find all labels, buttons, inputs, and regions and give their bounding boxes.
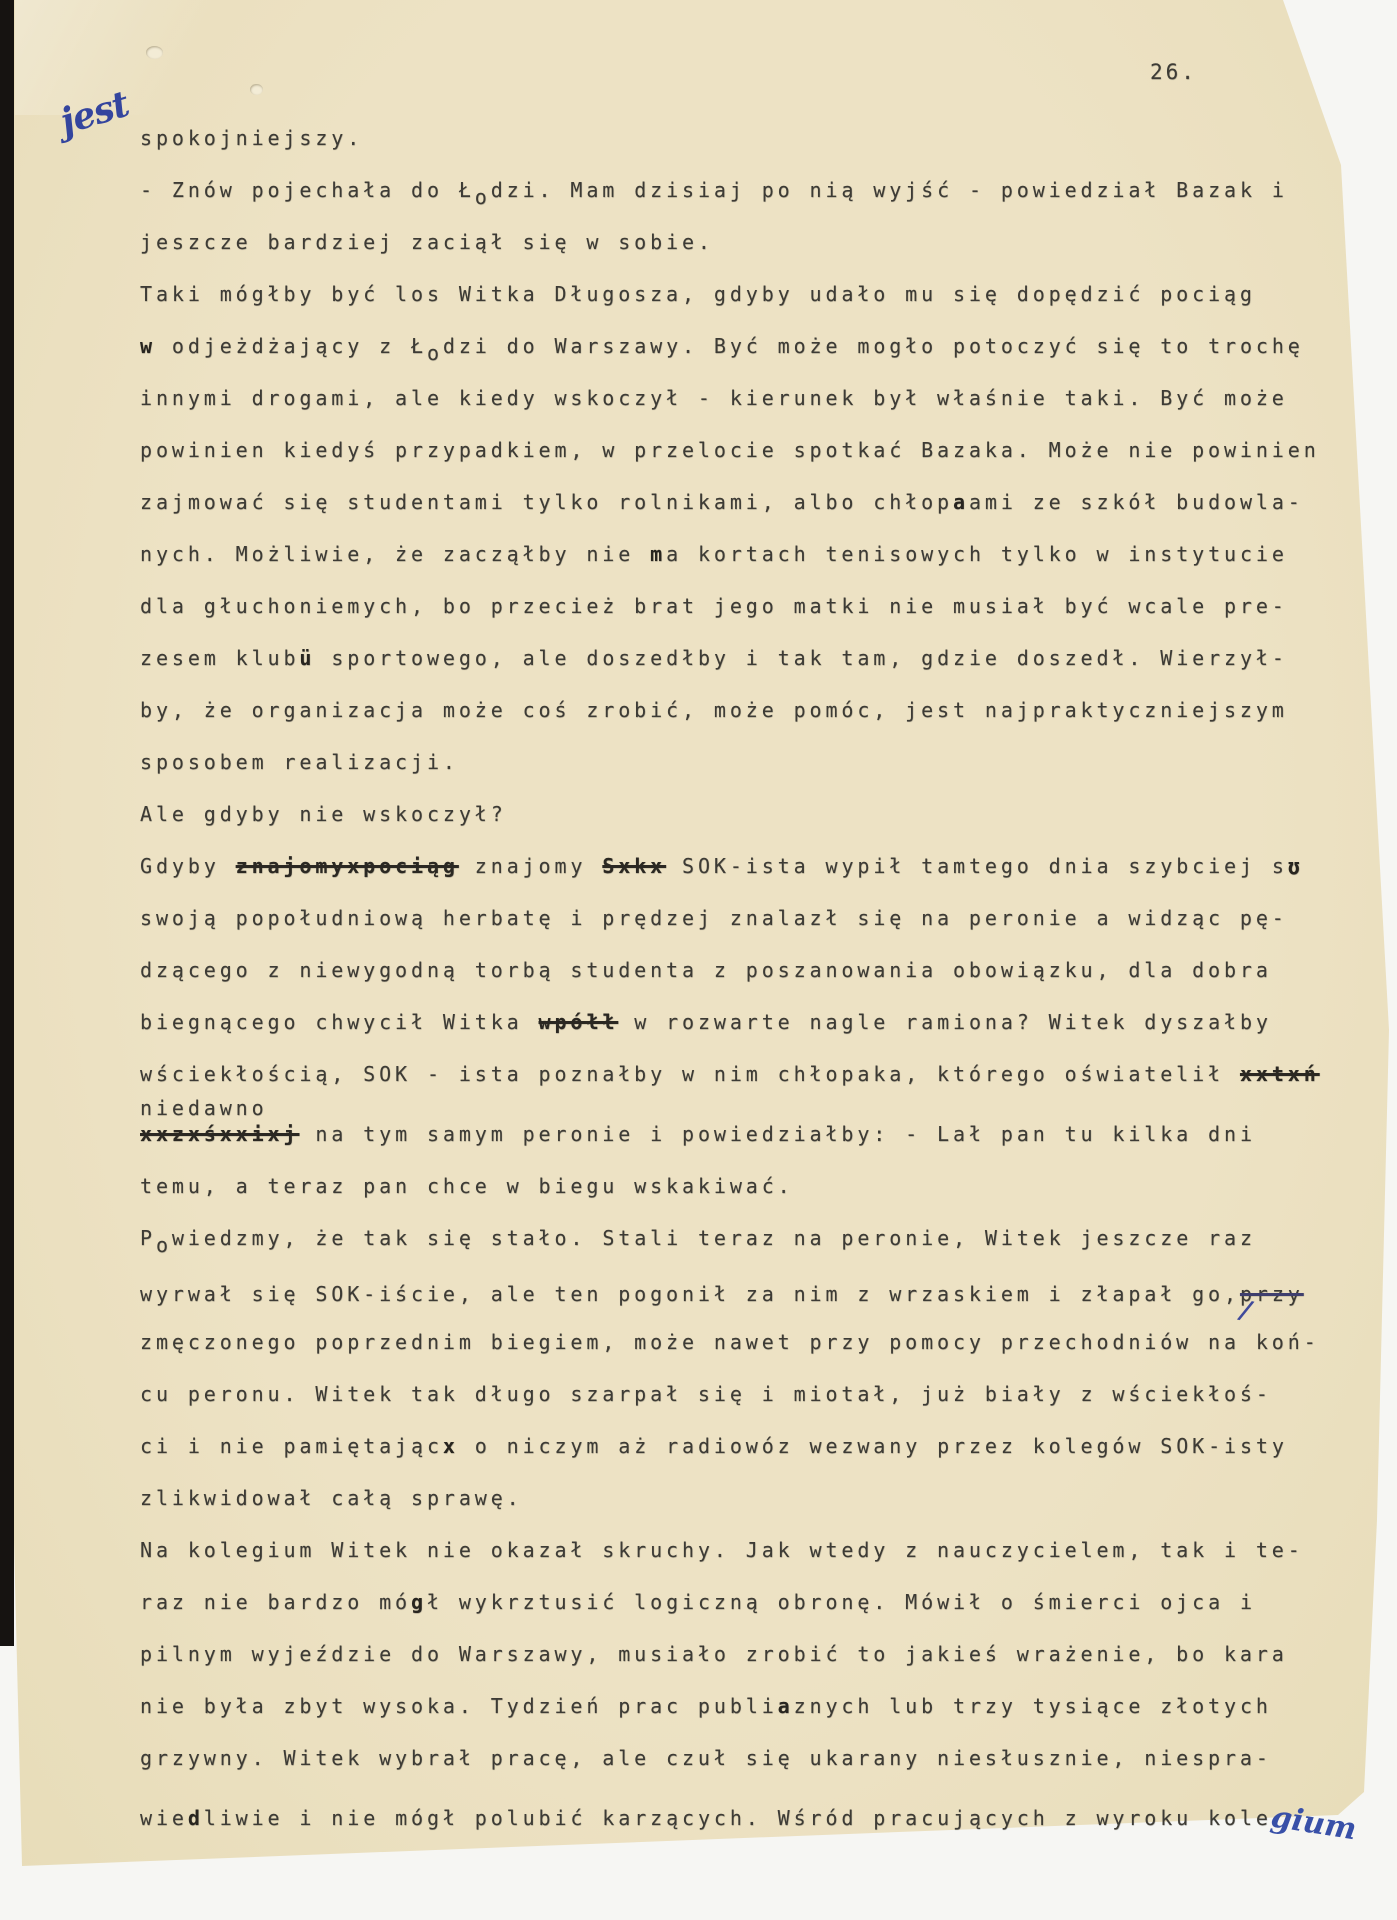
typed-text: o bbox=[156, 1233, 172, 1257]
typed-text: dzi do Warszawy. Być może mogło potoczyć… bbox=[443, 334, 1304, 358]
typed-line: biegnącego chwycił Witka wpółł w rozwart… bbox=[140, 1010, 1370, 1062]
typed-line: niedawno bbox=[140, 1096, 1370, 1122]
typed-line: innymi drogami, ale kiedy wskoczył - kie… bbox=[140, 386, 1370, 438]
typed-text: nie była zbyt wysoka. Tydzień prac publi bbox=[140, 1694, 778, 1718]
typed-line: wściekłością, SOK - ista poznałby w nim … bbox=[140, 1062, 1370, 1096]
typed-line: xxzxśxxixj na tym samym peronie i powied… bbox=[140, 1122, 1370, 1174]
typed-line: ci i nie pamiętającx o niczym aż radiowó… bbox=[140, 1434, 1370, 1486]
typed-text: grzywny. Witek wybrał pracę, ale czuł si… bbox=[140, 1746, 1272, 1770]
typed-line: Ale gdyby nie wskoczył? bbox=[140, 802, 1370, 854]
typed-text: Gdyby bbox=[140, 854, 236, 878]
typed-strikeout: xxtxń bbox=[1240, 1062, 1320, 1086]
typed-text: g bbox=[411, 1590, 427, 1614]
typed-text: znych lub trzy tysiące złotych bbox=[794, 1694, 1272, 1718]
typed-line: temu, a teraz pan chce w biegu wskakiwać… bbox=[140, 1174, 1370, 1226]
typed-text: innymi drogami, ale kiedy wskoczył - kie… bbox=[140, 386, 1288, 410]
typed-text: m bbox=[650, 542, 666, 566]
scan-edge-shadow bbox=[0, 0, 14, 1646]
typed-line: jeszcze bardziej zaciął się w sobie. bbox=[140, 230, 1370, 282]
typed-line: powinien kiedyś przypadkiem, w przelocie… bbox=[140, 438, 1370, 490]
typed-text: biegnącego chwycił Witka bbox=[140, 1010, 539, 1034]
typed-text: a bbox=[953, 490, 969, 514]
typed-text: dzącego z niewygodną torbą studenta z po… bbox=[140, 958, 1272, 982]
typed-text: SOK-ista wypił tamtego dnia szybciej s bbox=[666, 854, 1288, 878]
typed-text: x bbox=[443, 1434, 459, 1458]
typed-line: Na kolegium Witek nie okazał skruchy. Ja… bbox=[140, 1538, 1370, 1590]
typed-line: sposobem realizacji. bbox=[140, 750, 1370, 802]
typed-text: jeszcze bardziej zaciął się w sobie. bbox=[140, 230, 714, 254]
typed-text: dzi. Mam dzisiaj po nią wyjść - powiedzi… bbox=[491, 178, 1288, 202]
typed-strikeout: Sxkx bbox=[602, 854, 666, 878]
typed-text: ü bbox=[299, 646, 315, 670]
typed-line: Taki mógłby być los Witka Długosza, gdyb… bbox=[140, 282, 1370, 334]
typed-text: d bbox=[188, 1806, 204, 1830]
typed-text: w rozwarte nagle ramiona? Witek dyszałby bbox=[618, 1010, 1272, 1034]
typed-strikeout: wpółł bbox=[539, 1010, 619, 1034]
handwritten-completion: gium bbox=[1268, 1799, 1358, 1847]
typed-text: cu peronu. Witek tak długo szarpał się i… bbox=[140, 1382, 1272, 1406]
typed-text: swoją popołudniową herbatę i prędzej zna… bbox=[140, 906, 1288, 930]
typed-text: ʊ bbox=[1288, 854, 1304, 878]
typed-line: dla głuchoniemych, bo przecież brat jego… bbox=[140, 594, 1370, 646]
typed-text: P bbox=[140, 1226, 156, 1250]
typed-text: zajmować się studentami tylko rolnikami,… bbox=[140, 490, 953, 514]
typed-text: zmęczonego poprzednim biegiem, może nawe… bbox=[140, 1330, 1320, 1354]
typed-line: zajmować się studentami tylko rolnikami,… bbox=[140, 490, 1370, 542]
typed-line: Gdyby znajomyxpociąg znajomy Sxkx SOK-is… bbox=[140, 854, 1370, 906]
typed-text: ł wykrztusić logiczną obronę. Mówił o śm… bbox=[427, 1590, 1256, 1614]
typed-line: zlikwidował całą sprawę. bbox=[140, 1486, 1370, 1538]
typed-line: - Znów pojechała do Łodzi. Mam dzisiaj p… bbox=[140, 178, 1370, 230]
typed-line: zmęczonego poprzednim biegiem, może nawe… bbox=[140, 1330, 1370, 1382]
typed-text: Taki mógłby być los Witka Długosza, gdyb… bbox=[140, 282, 1256, 306]
typed-strikeout: xxzxśxxixj bbox=[140, 1122, 299, 1146]
typed-line: nie była zbyt wysoka. Tydzień prac publi… bbox=[140, 1694, 1370, 1746]
typed-text: wyrwał się SOK-iście, ale ten pogonił za… bbox=[140, 1282, 1240, 1306]
typed-line: wiedliwie i nie mógł polubić karzących. … bbox=[140, 1798, 1370, 1850]
typed-text: - Znów pojechała do Ł bbox=[140, 178, 475, 202]
typed-text: wściekłością, SOK - ista poznałby w nim … bbox=[140, 1062, 1240, 1086]
typed-line: w odjeżdżający z Łodzi do Warszawy. Być … bbox=[140, 334, 1370, 386]
typed-text: Ale gdyby nie wskoczył? bbox=[140, 802, 507, 826]
typed-line: wyrwał się SOK-iście, ale ten pogonił za… bbox=[140, 1278, 1370, 1330]
typed-text: liwie i nie mógł polubić karzących. Wśró… bbox=[204, 1806, 1272, 1830]
typed-text: o niczym aż radiowóz wezwany przez koleg… bbox=[459, 1434, 1288, 1458]
typed-text: zesem klub bbox=[140, 646, 299, 670]
typed-text: sposobem realizacji. bbox=[140, 750, 459, 774]
typed-line: pilnym wyjeździe do Warszawy, musiało zr… bbox=[140, 1642, 1370, 1694]
typed-line: zesem klubü sportowego, ale doszedłby i … bbox=[140, 646, 1370, 698]
typed-line: grzywny. Witek wybrał pracę, ale czuł si… bbox=[140, 1746, 1370, 1798]
typed-text: by, że organizacja może coś zrobić, może… bbox=[140, 698, 1288, 722]
typed-text: wiedzmy, że tak się stało. Stali teraz n… bbox=[172, 1226, 1256, 1250]
typed-text: raz nie bardzo mó bbox=[140, 1590, 411, 1614]
typed-text: ci i nie pamiętając bbox=[140, 1434, 443, 1458]
typed-text: dla głuchoniemych, bo przecież brat jego… bbox=[140, 594, 1288, 618]
typed-text: powinien kiedyś przypadkiem, w przelocie… bbox=[140, 438, 1320, 462]
typed-text: ami ze szkół budowla- bbox=[969, 490, 1304, 514]
typed-line: nych. Możliwie, że zacząłby nie ma korta… bbox=[140, 542, 1370, 594]
paper-hole bbox=[146, 46, 163, 59]
typed-line: Powiedzmy, że tak się stało. Stali teraz… bbox=[140, 1226, 1370, 1278]
typed-line: raz nie bardzo mógł wykrztusić logiczną … bbox=[140, 1590, 1370, 1642]
typed-line: swoją popołudniową herbatę i prędzej zna… bbox=[140, 906, 1370, 958]
typed-text: o bbox=[475, 185, 491, 209]
typed-text: spokojniejszy. bbox=[140, 126, 363, 150]
typed-line: dzącego z niewygodną torbą studenta z po… bbox=[140, 958, 1370, 1010]
typed-text: niedawno bbox=[140, 1096, 268, 1120]
typed-text-block: spokojniejszy.- Znów pojechała do Łodzi.… bbox=[140, 126, 1370, 1850]
typed-text: o bbox=[427, 341, 443, 365]
paper-hole bbox=[250, 84, 263, 95]
typed-text: a kortach tenisowych tylko w instytucie bbox=[666, 542, 1288, 566]
typed-text: sportowego, ale doszedłby i tak tam, gdz… bbox=[315, 646, 1287, 670]
typed-line: cu peronu. Witek tak długo szarpał się i… bbox=[140, 1382, 1370, 1434]
typed-text: nych. Możliwie, że zacząłby nie bbox=[140, 542, 650, 566]
typed-text: odjeżdżający z Ł bbox=[156, 334, 427, 358]
typed-text: na tym samym peronie i powiedziałby: - L… bbox=[299, 1122, 1255, 1146]
typed-line: spokojniejszy. bbox=[140, 126, 1370, 178]
typed-strikeout: znajomyxpociąg bbox=[236, 854, 459, 878]
typed-text: zlikwidował całą sprawę. bbox=[140, 1486, 523, 1510]
typed-text: znajomy bbox=[459, 854, 602, 878]
typed-text: a bbox=[778, 1694, 794, 1718]
typed-line: by, że organizacja może coś zrobić, może… bbox=[140, 698, 1370, 750]
typed-text: wie bbox=[140, 1806, 188, 1830]
page-number: 26. bbox=[1150, 60, 1197, 84]
typed-text: w bbox=[140, 334, 156, 358]
typed-text: Na kolegium Witek nie okazał skruchy. Ja… bbox=[140, 1538, 1304, 1562]
typed-text: temu, a teraz pan chce w biegu wskakiwać… bbox=[140, 1174, 794, 1198]
typed-text: pilnym wyjeździe do Warszawy, musiało zr… bbox=[140, 1642, 1288, 1666]
